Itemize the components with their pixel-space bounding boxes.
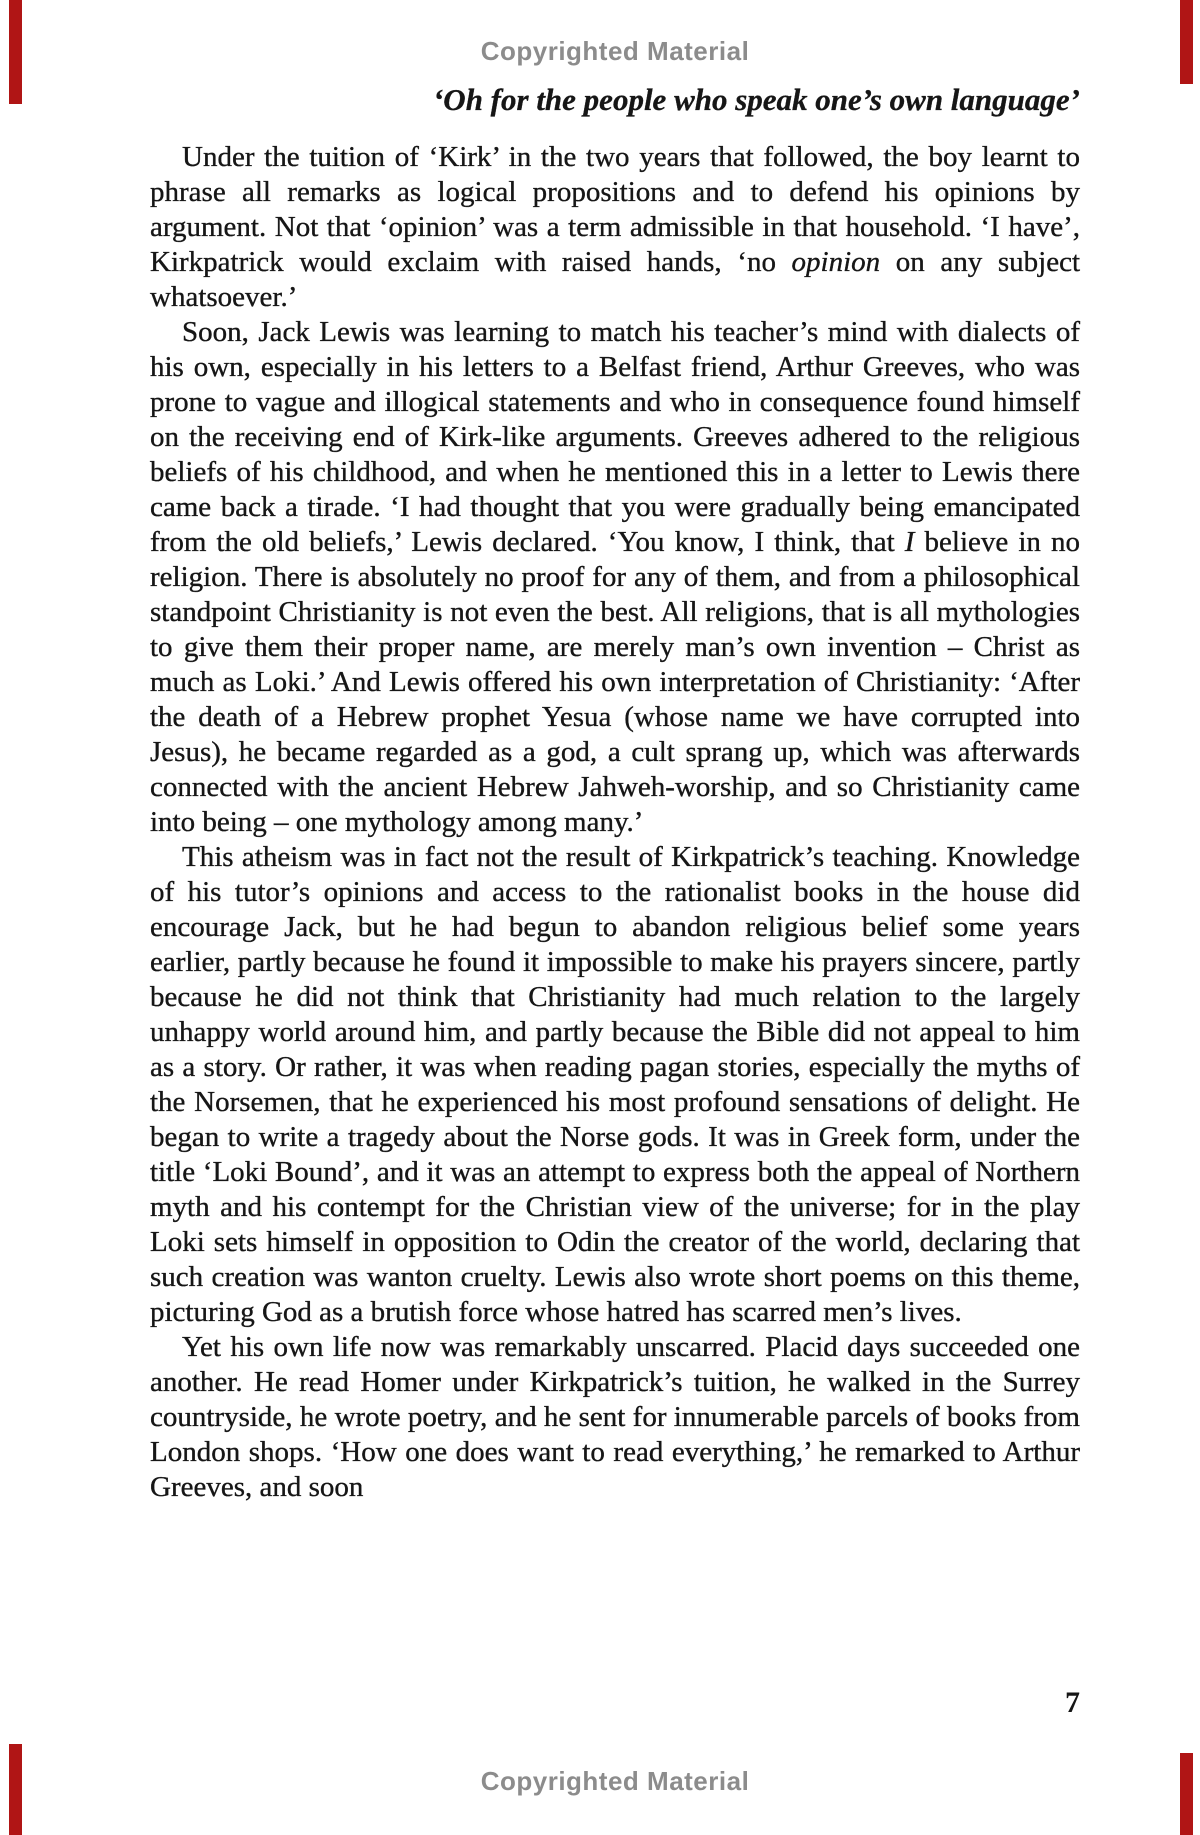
paragraph: Soon, Jack Lewis was learning to match h… xyxy=(150,315,1080,840)
paragraph: This atheism was in fact not the result … xyxy=(150,840,1080,1330)
book-page: Copyrighted Material ‘Oh for the people … xyxy=(0,0,1200,1835)
paragraph: Yet his own life now was remarkably unsc… xyxy=(150,1330,1080,1505)
page-body: Under the tuition of ‘Kirk’ in the two y… xyxy=(150,140,1080,1505)
page-number: 7 xyxy=(150,1686,1080,1720)
paragraph: Under the tuition of ‘Kirk’ in the two y… xyxy=(150,140,1080,315)
red-cover-edge-top-right xyxy=(1180,0,1193,84)
copyright-notice-top: Copyrighted Material xyxy=(150,36,1080,67)
copyright-notice-bottom: Copyrighted Material xyxy=(150,1766,1080,1797)
red-cover-edge-bottom-left xyxy=(9,1744,22,1835)
chapter-header-quote: ‘Oh for the people who speak one’s own l… xyxy=(150,82,1080,118)
red-cover-edge-top-left xyxy=(9,0,22,104)
red-cover-edge-bottom-right xyxy=(1180,1753,1193,1835)
